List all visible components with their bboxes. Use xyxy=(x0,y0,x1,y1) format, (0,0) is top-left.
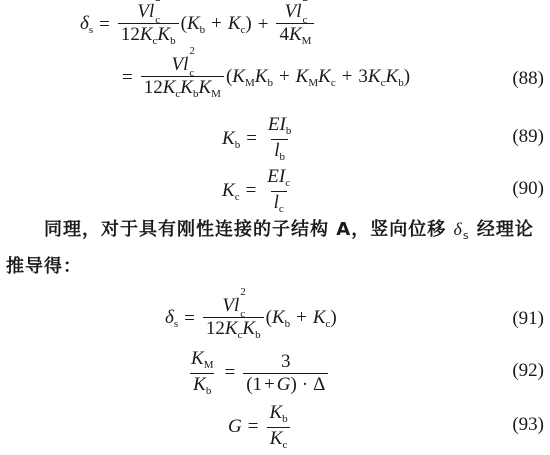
equation-number-90: (90) xyxy=(512,178,544,200)
delta-s: δs xyxy=(80,13,93,36)
fraction: Vl2c 12KcKb xyxy=(118,2,179,47)
equation-number-92: (92) xyxy=(512,360,544,382)
equation-89: Kb = EIblb xyxy=(222,115,296,163)
equation-90: Kc = EIclc xyxy=(222,167,295,215)
equation-93: G = KbKc xyxy=(228,403,293,451)
fraction: Vl2c 4KM xyxy=(276,2,314,47)
fraction: Vl2c 12KcKbKM xyxy=(141,55,224,100)
equation-91: δs = Vl2c 12KcKb (Kb+Kc) xyxy=(165,296,337,341)
paragraph-line2: 推导得： xyxy=(6,252,82,278)
equation-88-line1: δs = Vl2c 12KcKb (Kb+Kc) + Vl2c 4KM xyxy=(80,2,316,47)
equals: = xyxy=(99,14,110,36)
equation-number-89: (89) xyxy=(512,126,544,148)
equation-number-93: (93) xyxy=(512,414,544,436)
equation-88-line2: = Vl2c 12KcKbKM (KMKb+KMKc+3KcKb) xyxy=(116,55,410,100)
equation-number-88: (88) xyxy=(512,68,544,90)
paragraph-line1: 同理，对于具有刚性连接的子结构 A，竖向位移 δs 经理论 xyxy=(44,215,534,242)
equation-number-91: (91) xyxy=(512,308,544,330)
equation-92: KMKb = 3(1+G)·Δ xyxy=(186,349,330,397)
equals: = xyxy=(122,67,133,89)
